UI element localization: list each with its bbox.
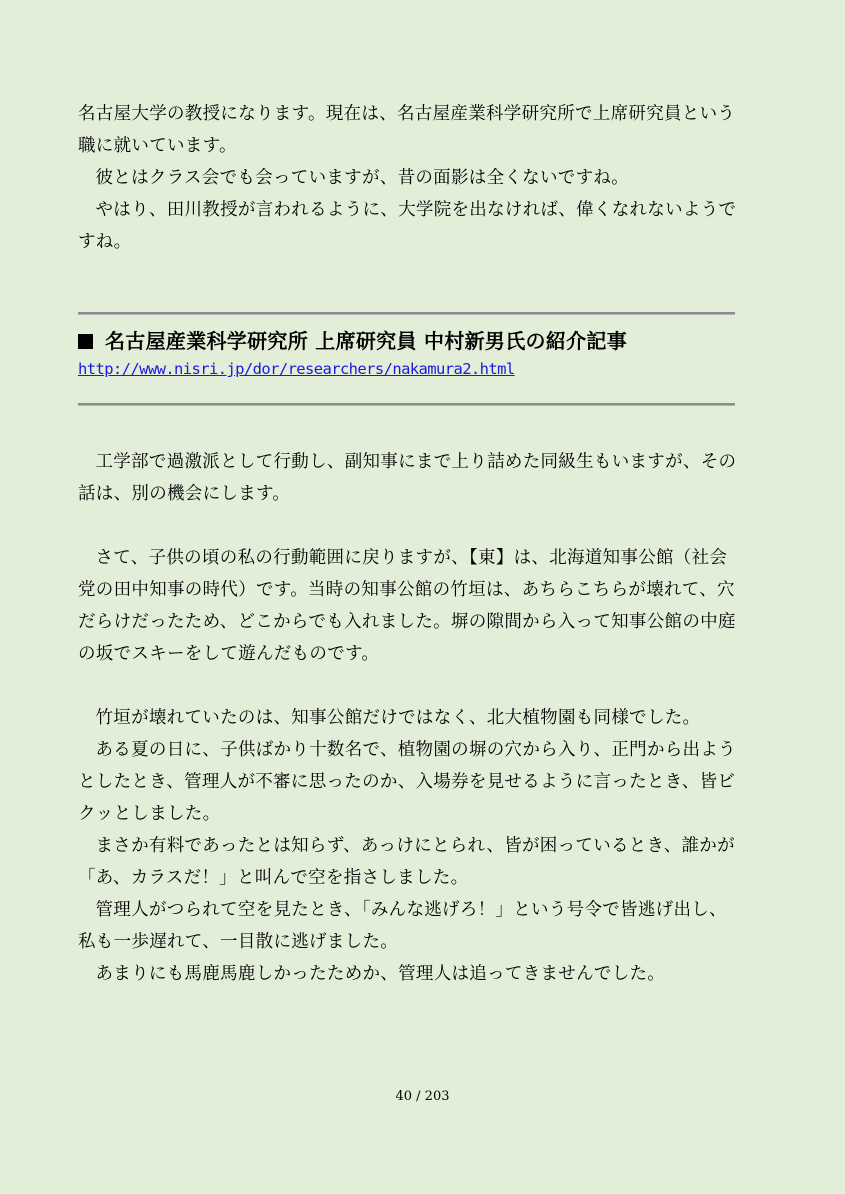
spacer (78, 258, 738, 312)
page-indicator: 40 / 203 (0, 1089, 845, 1104)
paragraph: 竹垣が壊れていたのは、知事公館だけではなく、北大植物園も同様でした。 (78, 702, 738, 734)
spacer (78, 670, 738, 702)
reference-title-text: 名古屋産業科学研究所 上席研究員 中村新男氏の紹介記事 (105, 329, 627, 353)
spacer (78, 510, 738, 542)
spacer (78, 406, 738, 446)
paragraph: まさか有料であったとは知らず、あっけにとられ、皆が困っているとき、誰かが「あ、カ… (78, 830, 738, 894)
paragraph: 名古屋大学の教授になります。現在は、名古屋産業科学研究所で上席研究員という職に就… (78, 98, 738, 162)
paragraph: 管理人がつられて空を見たとき、「みんな逃げろ！」という号令で皆逃げ出し、私も一歩… (78, 894, 738, 958)
divider-top (78, 312, 735, 315)
spacer (78, 381, 738, 403)
reference-link-row: http://www.nisri.jp/dor/researchers/naka… (78, 357, 738, 381)
document-page: 名古屋大学の教授になります。現在は、名古屋産業科学研究所で上席研究員という職に就… (78, 98, 738, 990)
paragraph: 彼とはクラス会でも会っていますが、昔の面影は全くないですね。 (78, 162, 738, 194)
reference-title: 名古屋産業科学研究所 上席研究員 中村新男氏の紹介記事 (78, 327, 738, 355)
paragraph: やはり、田川教授が言われるように、大学院を出なければ、偉くなれないようですね。 (78, 194, 738, 258)
paragraph: あまりにも馬鹿馬鹿しかったためか、管理人は追ってきませんでした。 (78, 958, 738, 990)
black-square-icon (78, 334, 93, 349)
paragraph: さて、子供の頃の私の行動範囲に戻りますが、【東】は、北海道知事公館（社会党の田中… (78, 542, 738, 670)
reference-link[interactable]: http://www.nisri.jp/dor/researchers/naka… (78, 360, 515, 378)
paragraph: 工学部で過激派として行動し、副知事にまで上り詰めた同級生もいますが、その話は、別… (78, 446, 738, 510)
paragraph: ある夏の日に、子供ばかり十数名で、植物園の塀の穴から入り、正門から出ようとしたと… (78, 734, 738, 830)
